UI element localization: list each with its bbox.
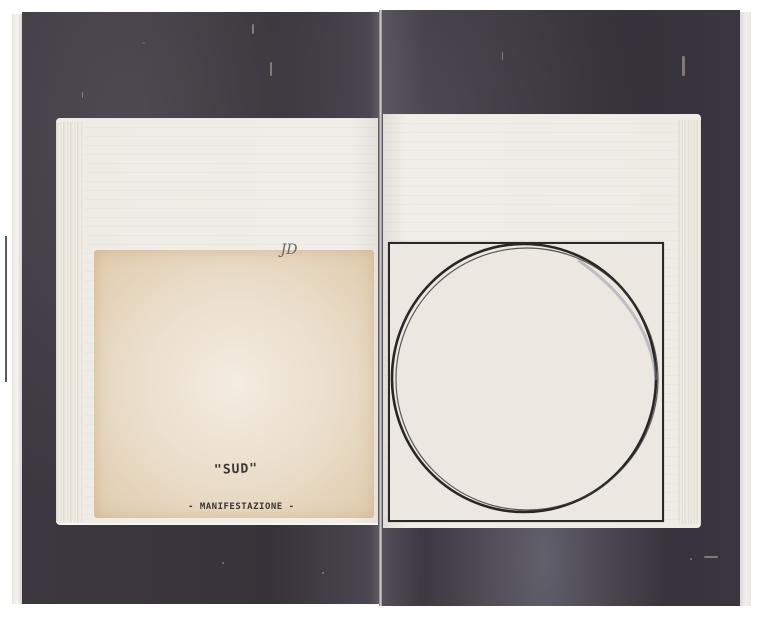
bookmark-ribbon: [5, 236, 7, 382]
booklet-right-edge: [739, 12, 751, 606]
book-gutter: [379, 10, 382, 606]
stained-paper-artwork: [94, 250, 374, 518]
page-stack-left: [56, 122, 84, 522]
book-photo: JD "SUD" - MANIFESTAZIONE -: [0, 0, 760, 620]
booklet-left-edge: [12, 14, 22, 604]
artwork-subtitle: - MANIFESTAZIONE -: [188, 502, 295, 512]
drawn-circle: [388, 240, 668, 524]
artwork-title: "SUD": [214, 461, 259, 478]
page-stack-right: [677, 120, 701, 524]
artist-monogram: JD: [278, 240, 300, 260]
